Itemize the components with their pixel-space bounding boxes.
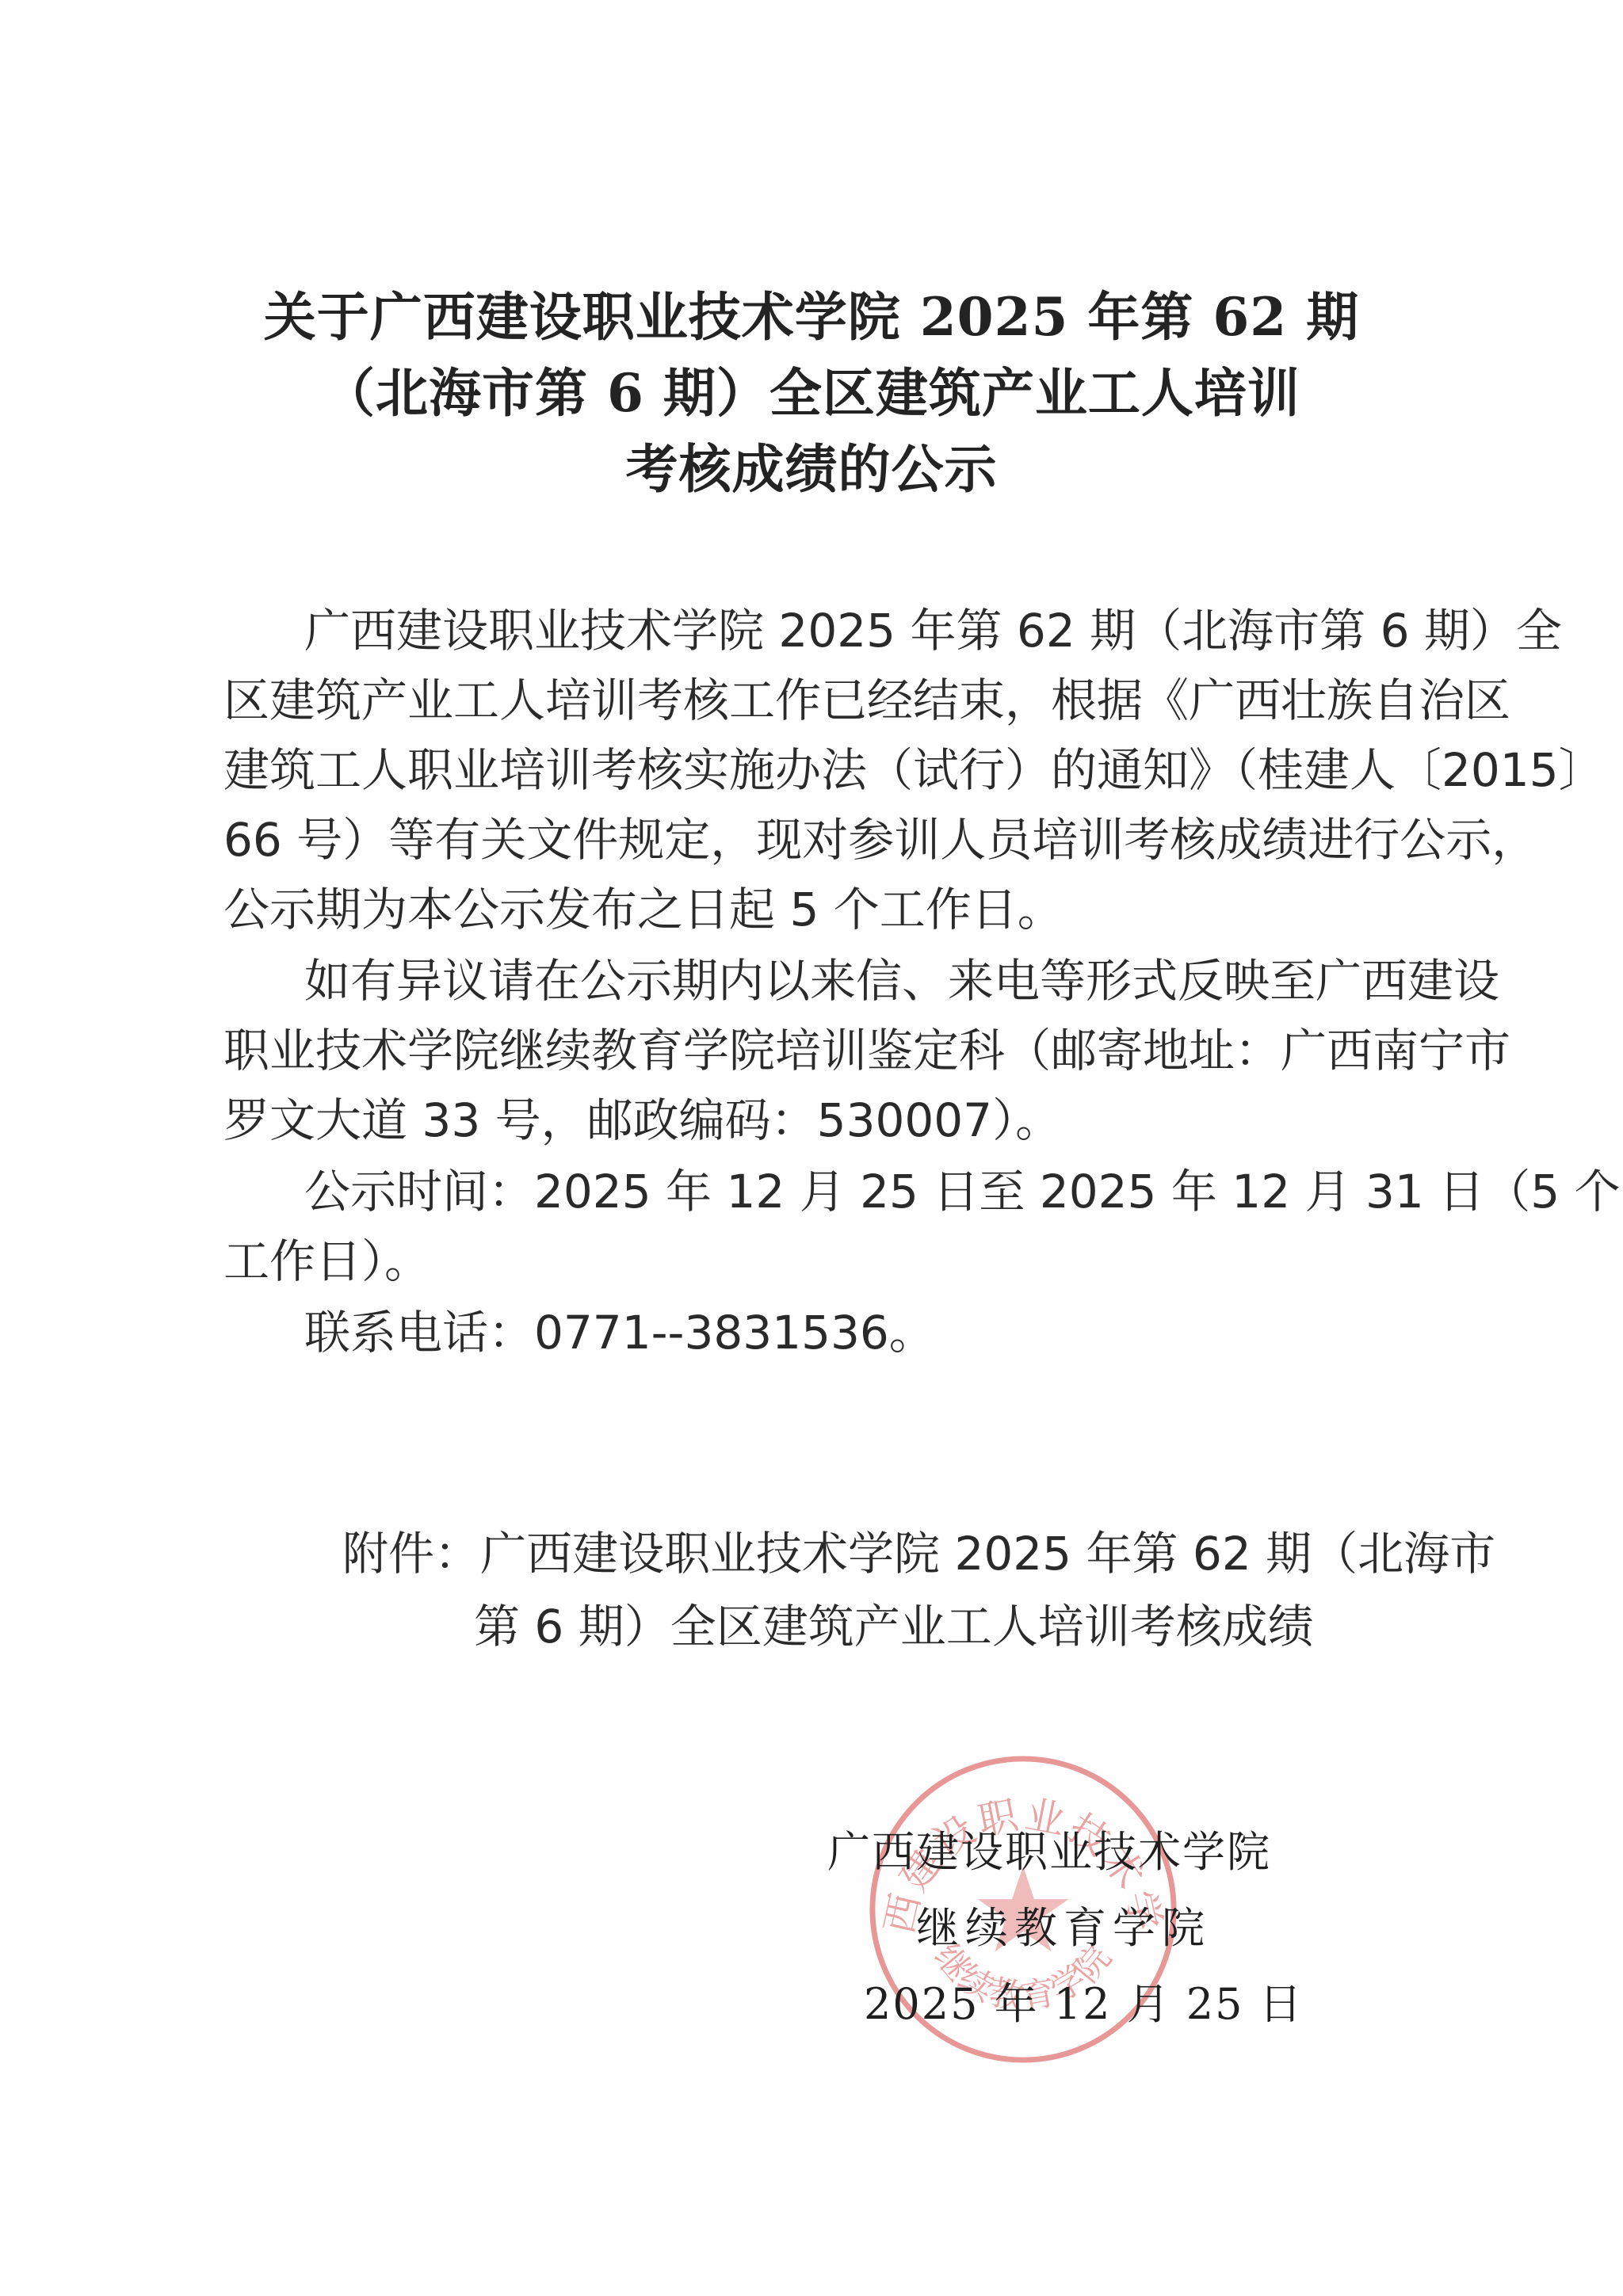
body-line: 联系电话：0771--3831536。: [223, 1298, 1412, 1367]
body-line: 区建筑产业工人培训考核工作已经结束，根据《广西壮族自治区: [223, 666, 1412, 735]
signature-department: 继续教育学院: [808, 1890, 1316, 1966]
signature-organization: 广西建设职业技术学院: [808, 1814, 1316, 1890]
body-line: 建筑工人职业培训考核实施办法（试行）的通知》（桂建人〔2015〕: [223, 735, 1412, 805]
body-line: 工作日）。: [223, 1226, 1412, 1296]
attachment-line-1: 附件：广西建设职业技术学院 2025 年第 62 期（北海市: [342, 1517, 1396, 1590]
paragraph-announcement: 广西建设职业技术学院 2025 年第 62 期（北海市第 6 期）全 区建筑产业…: [223, 596, 1412, 944]
paragraph-objection: 如有异议请在公示期内以来信、来电等形式反映至广西建设 职业技术学院继续教育学院培…: [223, 946, 1412, 1155]
body-line: 职业技术学院继续教育学院培训鉴定科（邮寄地址：广西南宁市: [223, 1016, 1412, 1085]
paragraph-publicity-period: 公示时间：2025 年 12 月 25 日至 2025 年 12 月 31 日（…: [223, 1157, 1412, 1296]
body-line: 66 号）等有关文件规定，现对参训人员培训考核成绩进行公示，: [223, 805, 1412, 875]
document-title: 关于广西建设职业技术学院 2025 年第 62 期 （北海市第 6 期）全区建筑…: [0, 279, 1623, 507]
body-line: 罗文大道 33 号，邮政编码：530007）。: [223, 1085, 1412, 1155]
body-line: 公示时间：2025 年 12 月 25 日至 2025 年 12 月 31 日（…: [223, 1157, 1412, 1226]
attachment-note: 附件：广西建设职业技术学院 2025 年第 62 期（北海市 第 6 期）全区建…: [342, 1517, 1396, 1663]
body-line: 广西建设职业技术学院 2025 年第 62 期（北海市第 6 期）全: [223, 596, 1412, 666]
document-body: 广西建设职业技术学院 2025 年第 62 期（北海市第 6 期）全 区建筑产业…: [223, 596, 1412, 1367]
signature-block: 广西建设职业技术学院 继续教育学院 2025 年 12 月 25 日: [808, 1814, 1316, 2042]
signature-date: 2025 年 12 月 25 日: [808, 1966, 1316, 2042]
title-line-2: （北海市第 6 期）全区建筑产业工人培训: [0, 355, 1623, 431]
body-line: 如有异议请在公示期内以来信、来电等形式反映至广西建设: [223, 946, 1412, 1016]
title-line-1: 关于广西建设职业技术学院 2025 年第 62 期: [0, 279, 1623, 355]
document-page: 关于广西建设职业技术学院 2025 年第 62 期 （北海市第 6 期）全区建筑…: [0, 0, 1623, 2296]
paragraph-contact-phone: 联系电话：0771--3831536。: [223, 1298, 1412, 1367]
title-line-3: 考核成绩的公示: [0, 431, 1623, 507]
body-line: 公示期为本公示发布之日起 5 个工作日。: [223, 875, 1412, 944]
attachment-line-2: 第 6 期）全区建筑产业工人培训考核成绩: [342, 1590, 1396, 1663]
